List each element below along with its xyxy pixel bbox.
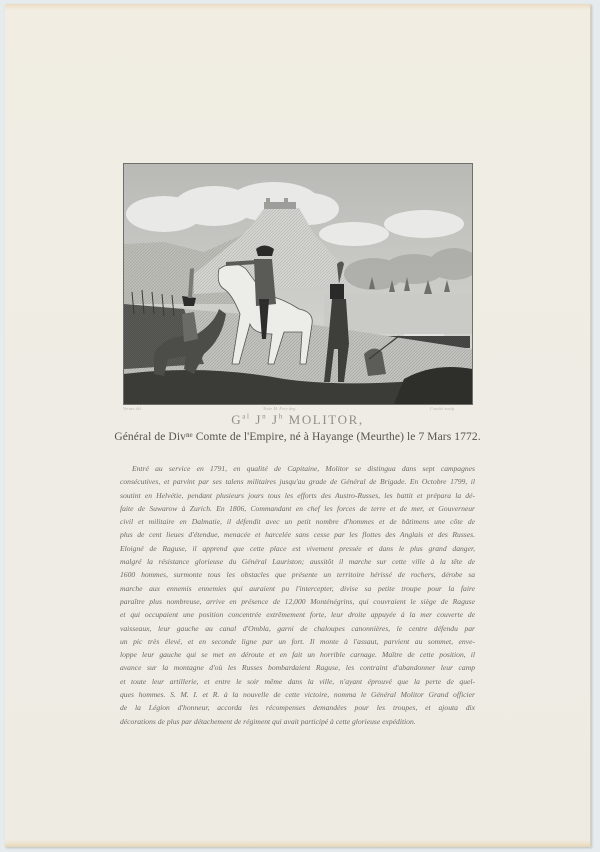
text-line: décorations de plus par détachement de r… [120, 715, 475, 728]
text-line: marche aux ennemis ennemies qui auraient… [120, 582, 475, 595]
artist-credit: Vernet del. [123, 406, 142, 411]
text-line: de la Légion d'honneur, accorda les réco… [120, 701, 475, 714]
engraving-plate [123, 163, 473, 405]
engraving-illustration [124, 164, 472, 404]
text-line: faite de Suwarow à Zurich. En 1806, Comm… [120, 502, 475, 515]
text-line: paraître plus nombreuse, arrive en prése… [120, 595, 475, 608]
text-line: malgré la résistance glorieuse du Généra… [120, 555, 475, 568]
text-line: 1600 hommes, surmonte tous les obstacles… [120, 568, 475, 581]
text-line: un pic très élevé, et en seconde ligne p… [120, 635, 475, 648]
biography-text: Entré au service en 1791, en qualité de … [120, 462, 475, 728]
text-line: ques hommes. S. M. I. et R. à la nouvell… [120, 688, 475, 701]
paper-sheet: Vernet del. Texte M. Fery deg. Couché sc… [5, 4, 591, 847]
engraver-credit: Texte M. Fery deg. [263, 406, 297, 411]
text-line: Eloigné de Raguse, il apprend que cette … [120, 542, 475, 555]
text-line: et toute leur artillerie, et entre le so… [120, 675, 475, 688]
text-line: soutint en Helvétie, pendant plusieurs j… [120, 489, 475, 502]
text-line: civil et militaire en Dalmatie, il défen… [120, 515, 475, 528]
text-line: Entré au service en 1791, en qualité de … [120, 462, 475, 475]
portrait-title: Gal Jn Jh MOLITOR, [5, 412, 590, 428]
text-line: plus de cent lieues d'étendue, menacée e… [120, 528, 475, 541]
text-line: consécutives, et parvint par ses talens … [120, 475, 475, 488]
text-line: loppe leur gauche qui se met en déroute … [120, 648, 475, 661]
subtitle-rank-birth: Général de Divⁿᵉ Comte de l'Empire, né à… [5, 431, 590, 443]
sculptor-credit: Couché sculp. [430, 406, 455, 411]
text-line: vaisseaux, leur gauche au canal d'Ombla,… [120, 622, 475, 635]
text-line: avance sur la montagne d'où les Russes b… [120, 661, 475, 674]
text-line: et qui occupaient une position concentré… [120, 608, 475, 621]
